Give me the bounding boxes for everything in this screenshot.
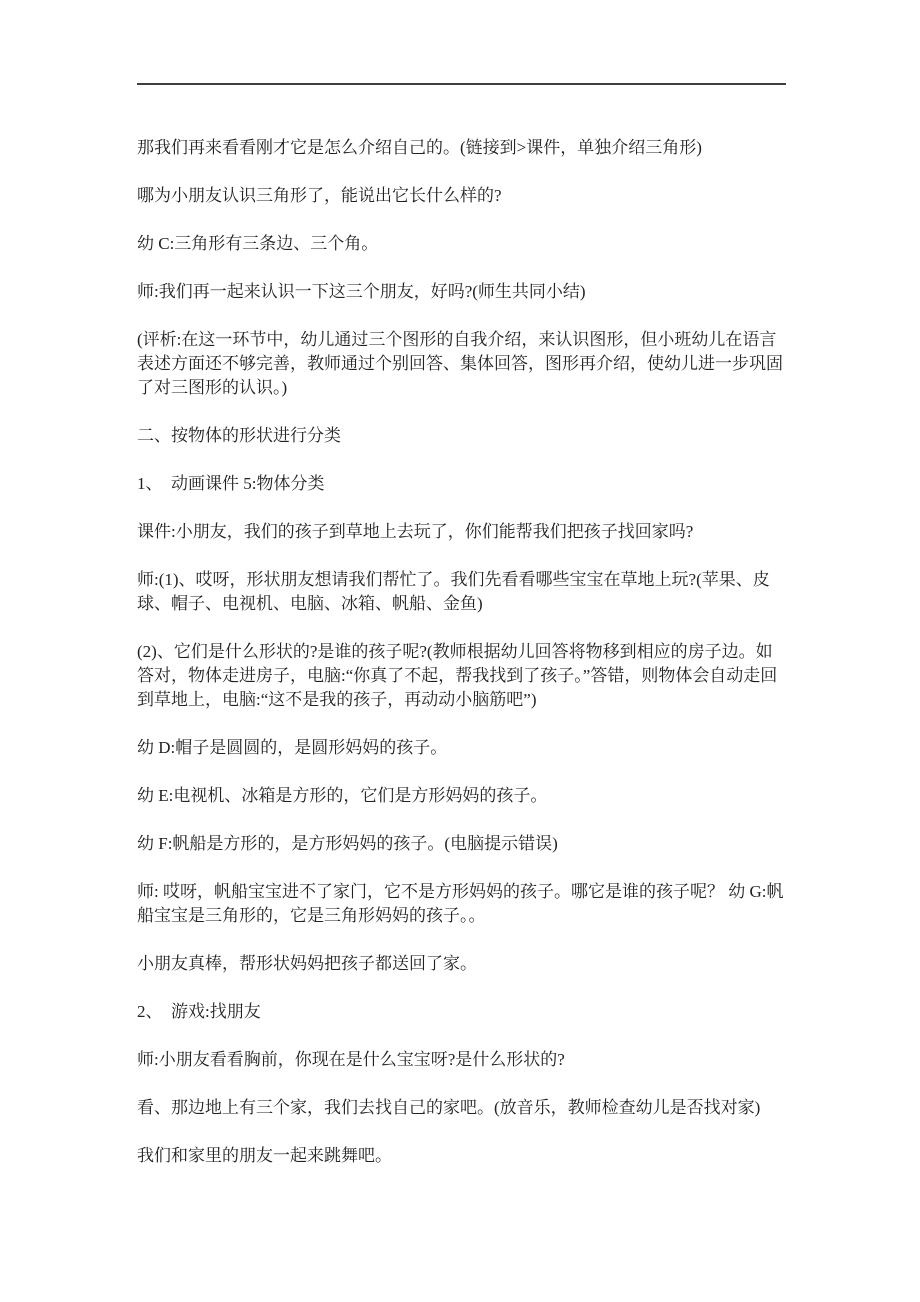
paragraph: 师: 哎呀，帆船宝宝进不了家门，它不是方形妈妈的孩子。哪它是谁的孩子呢？ 幼 G… [137,880,787,928]
document-body: 那我们再来看看刚才它是怎么介绍自己的。(链接到>课件，单独介绍三角形) 哪为小朋… [137,136,787,1192]
document-page: 那我们再来看看刚才它是怎么介绍自己的。(链接到>课件，单独介绍三角形) 哪为小朋… [0,0,920,1302]
paragraph: 看、那边地上有三个家，我们去找自己的家吧。(放音乐，教师检查幼儿是否找对家) [137,1096,787,1120]
paragraph: 幼 C:三角形有三条边、三个角。 [137,232,787,256]
paragraph: 课件:小朋友，我们的孩子到草地上去玩了，你们能帮我们把孩子找回家吗? [137,520,787,544]
list-item-heading: 1、 动画课件 5:物体分类 [137,472,787,496]
paragraph: 师:小朋友看看胸前，你现在是什么宝宝呀?是什么形状的? [137,1048,787,1072]
paragraph: 我们和家里的朋友一起来跳舞吧。 [137,1144,787,1168]
section-heading: 二、按物体的形状进行分类 [137,424,787,448]
paragraph: 那我们再来看看刚才它是怎么介绍自己的。(链接到>课件，单独介绍三角形) [137,136,787,160]
paragraph: 师:我们再一起来认识一下这三个朋友，好吗?(师生共同小结) [137,280,787,304]
paragraph: (评析:在这一环节中，幼儿通过三个图形的自我介绍，来认识图形，但小班幼儿在语言表… [137,328,787,400]
paragraph: 幼 F:帆船是方形的，是方形妈妈的孩子。(电脑提示错误) [137,832,787,856]
paragraph: 幼 E:电视机、冰箱是方形的，它们是方形妈妈的孩子。 [137,784,787,808]
paragraph: 小朋友真棒，帮形状妈妈把孩子都送回了家。 [137,952,787,976]
paragraph: (2)、它们是什么形状的?是谁的孩子呢?(教师根据幼儿回答将物移到相应的房子边。… [137,640,787,712]
list-item-heading: 2、 游戏:找朋友 [137,1000,787,1024]
horizontal-rule [137,83,786,85]
paragraph: 哪为小朋友认识三角形了，能说出它长什么样的? [137,184,787,208]
paragraph: 幼 D:帽子是圆圆的，是圆形妈妈的孩子。 [137,736,787,760]
paragraph: 师:(1)、哎呀，形状朋友想请我们帮忙了。我们先看看哪些宝宝在草地上玩?(苹果、… [137,568,787,616]
